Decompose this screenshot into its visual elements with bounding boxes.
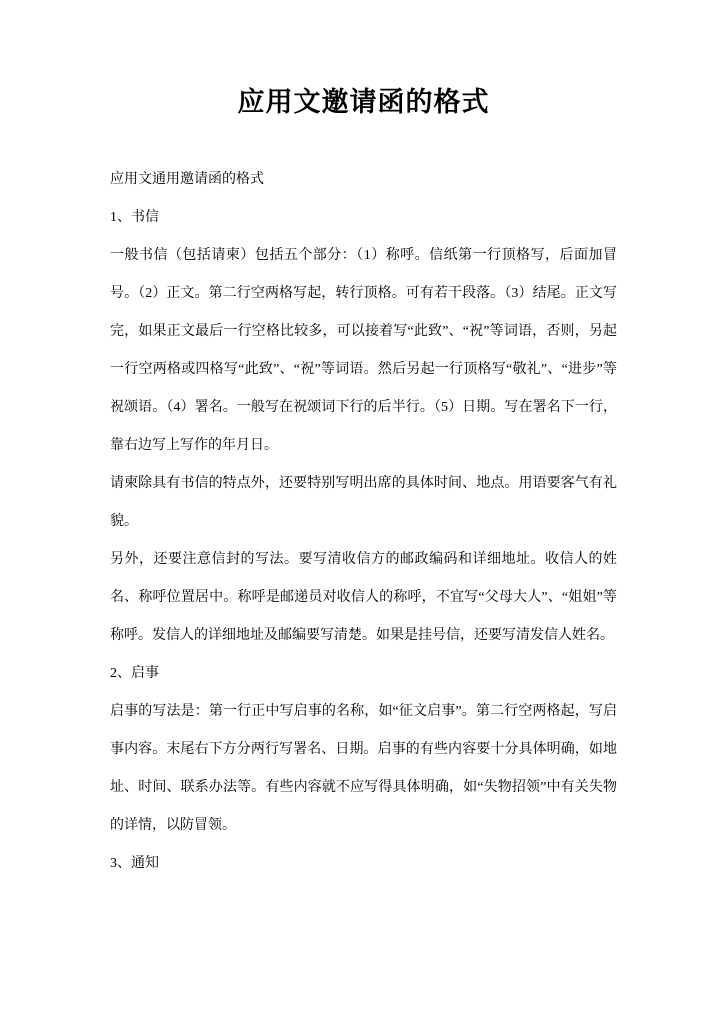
paragraph-heading-announcement: 3、通知 (110, 845, 617, 883)
paragraph-notice-format: 启事的写法是：第一行正中写启事的名称，如“征文启事”。第二行空两格起，写启事内容… (110, 693, 617, 845)
paragraph-heading-notice: 2、启事 (110, 655, 617, 693)
paragraph-invitation-notes: 请柬除具有书信的特点外，还要特别写明出席的具体时间、地点。用语要客气有礼貌。 (110, 465, 617, 541)
paragraph-letter-format: 一般书信（包括请柬）包括五个部分：（1）称呼。信纸第一行顶格写，后面加冒号。（2… (110, 237, 617, 465)
document-body: 应用文通用邀请函的格式 1、书信 一般书信（包括请柬）包括五个部分：（1）称呼。… (110, 161, 617, 883)
document-title: 应用文邀请函的格式 (110, 84, 617, 120)
paragraph-heading-letter: 1、书信 (110, 199, 617, 237)
paragraph-intro: 应用文通用邀请函的格式 (110, 161, 617, 199)
paragraph-envelope-notes: 另外，还要注意信封的写法。要写清收信方的邮政编码和详细地址。收信人的姓名、称呼位… (110, 541, 617, 655)
document-page: 应用文邀请函的格式 应用文通用邀请函的格式 1、书信 一般书信（包括请柬）包括五… (0, 0, 721, 1020)
